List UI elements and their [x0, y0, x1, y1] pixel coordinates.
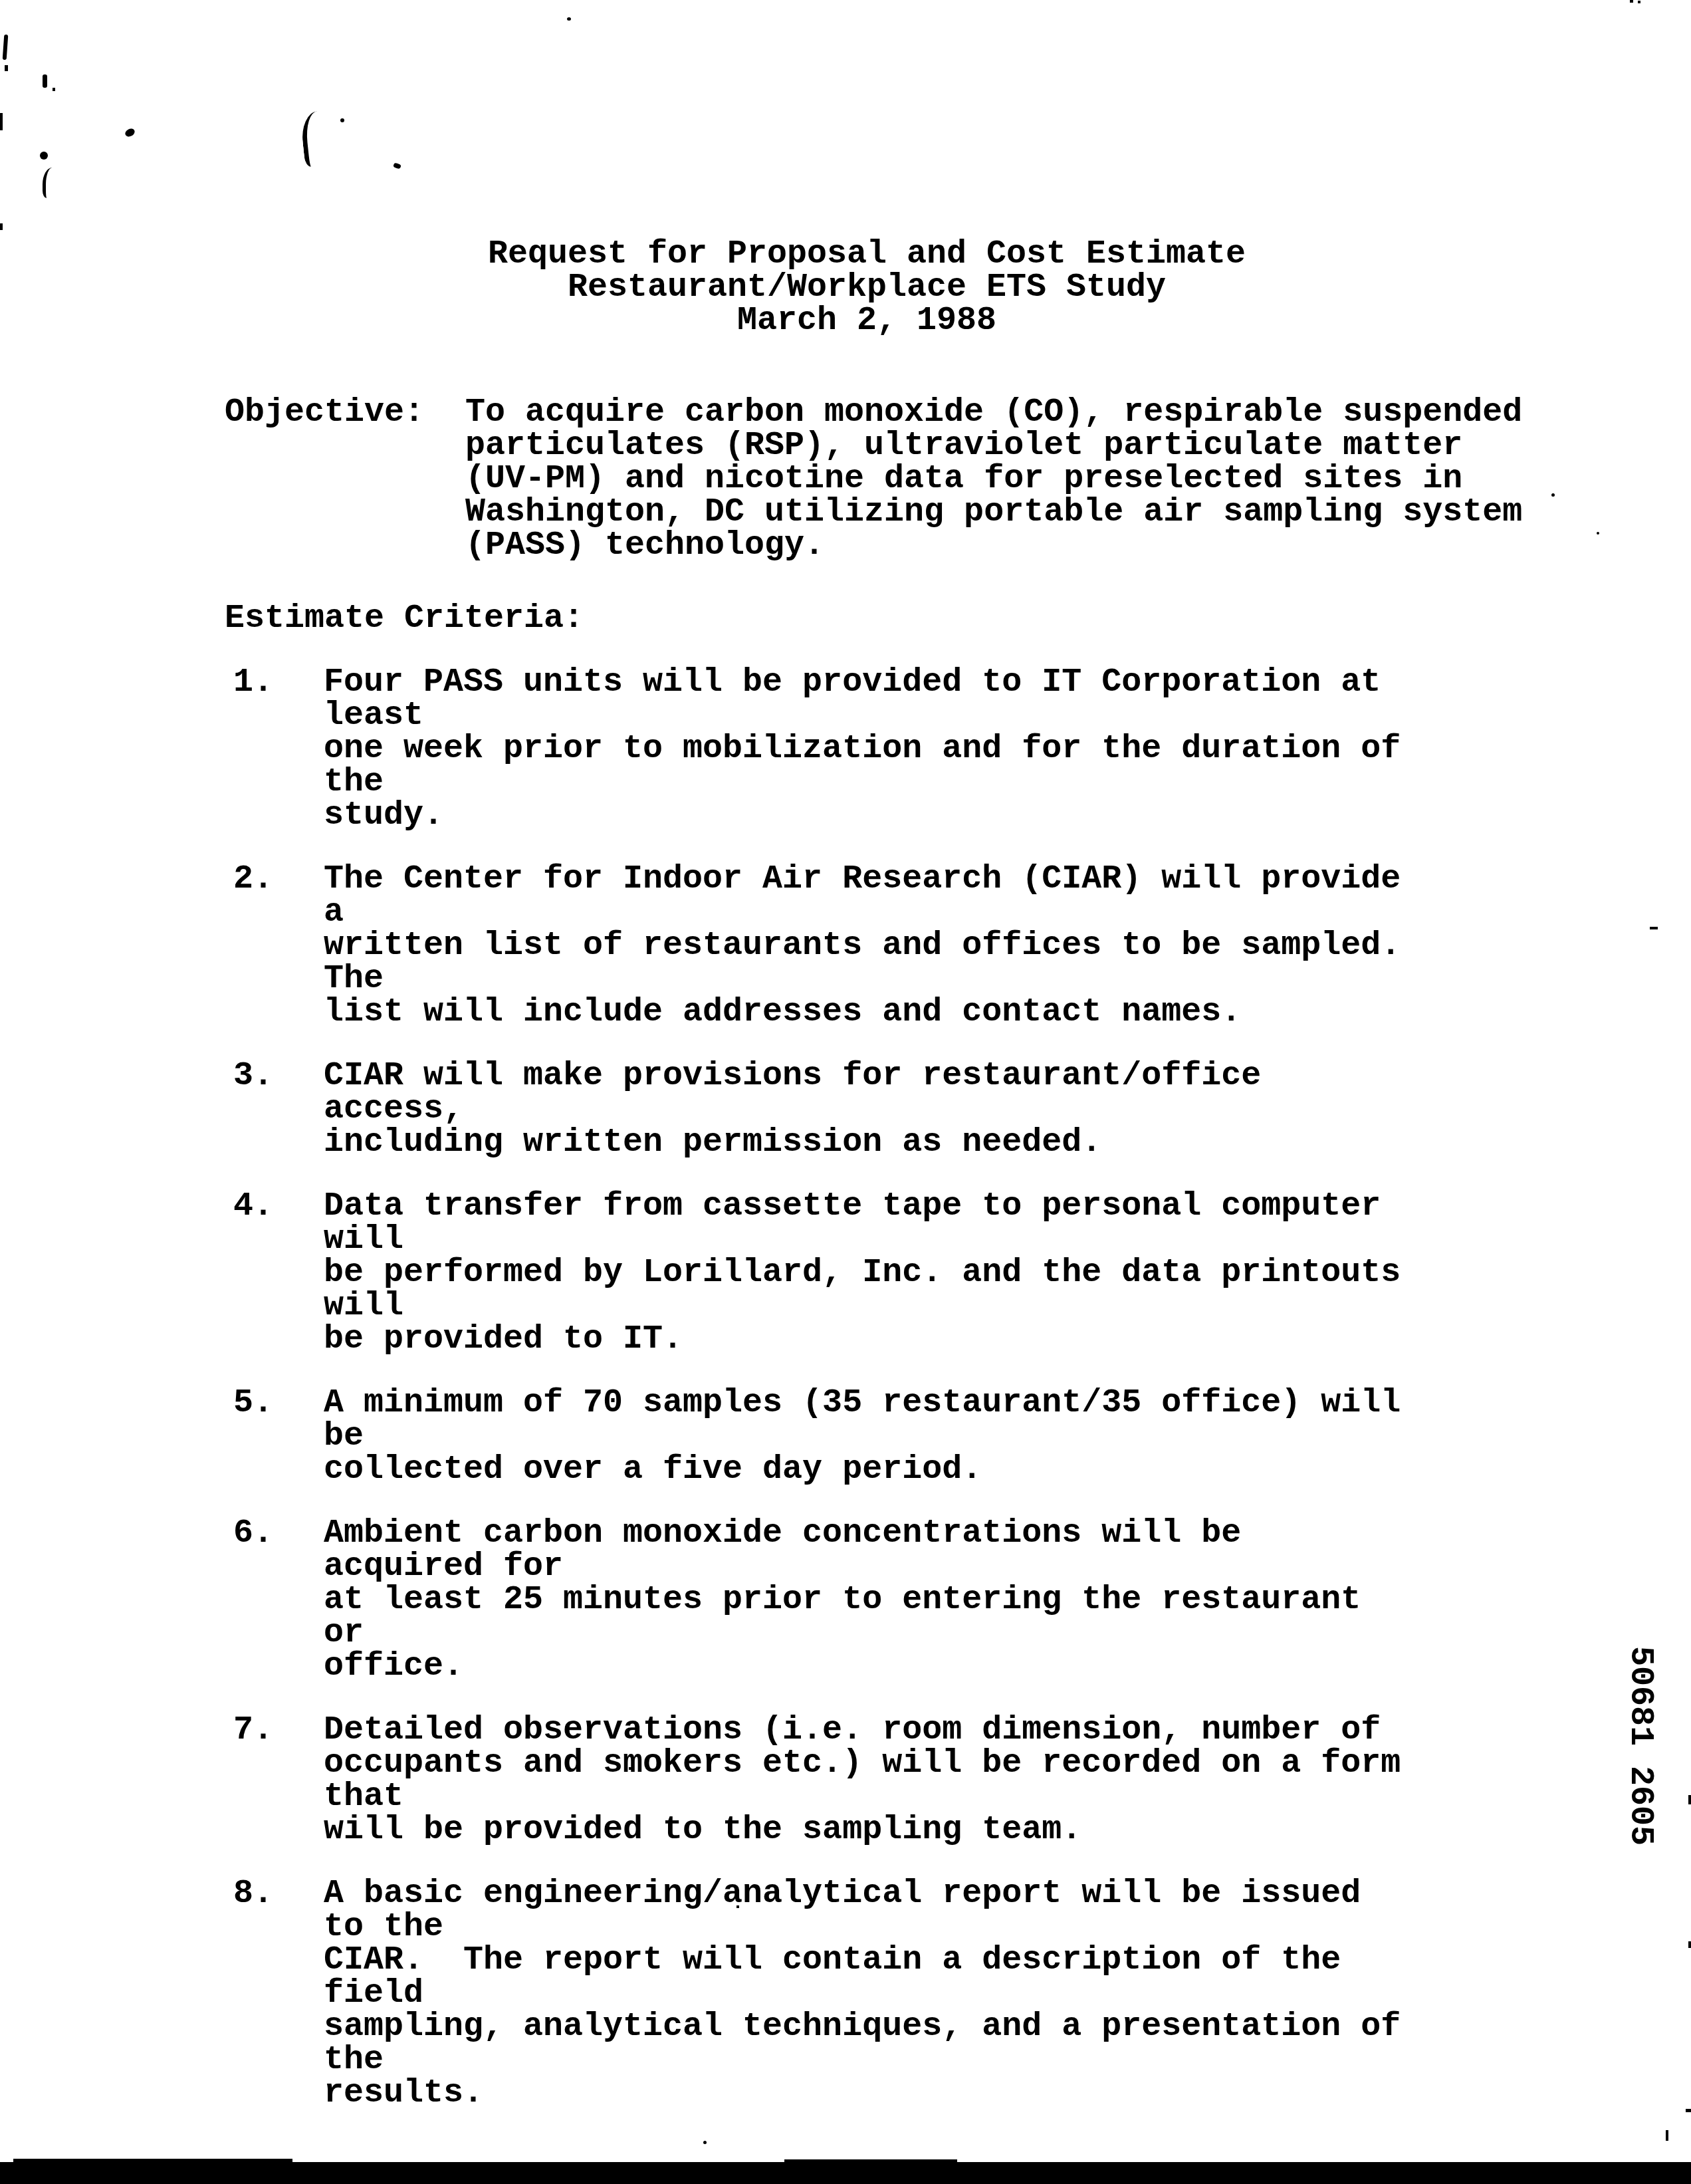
- criteria-item-3: 3. CIAR will make provisions for restaur…: [0, 1060, 1691, 1159]
- objective-label: Objective:: [225, 396, 465, 562]
- scan-artifact: [124, 127, 136, 138]
- criteria-item-2: 2. The Center for Indoor Air Research (C…: [0, 863, 1691, 1029]
- scan-artifact: [1630, 0, 1633, 3]
- scan-artifact: [0, 113, 3, 130]
- item-text: Four PASS units will be provided to IT C…: [324, 666, 1414, 832]
- scan-artifact: [567, 17, 571, 21]
- criteria-item-7: 7. Detailed observations (i.e. room dime…: [0, 1714, 1691, 1847]
- item-text: CIAR will make provisions for restaurant…: [324, 1060, 1414, 1159]
- document-content: Request for Proposal and Cost Estimate R…: [0, 238, 1691, 2110]
- scan-artifact: [1686, 2109, 1691, 2112]
- item-text: A minimum of 70 samples (35 restaurant/3…: [324, 1387, 1414, 1487]
- item-number: 7.: [233, 1714, 324, 1847]
- title-line-date: March 2, 1988: [43, 304, 1691, 338]
- scan-artifact: [1638, 1, 1640, 3]
- scanned-document-page: Request for Proposal and Cost Estimate R…: [0, 0, 1691, 2184]
- scan-artifact: [340, 118, 344, 122]
- item-number: 5.: [233, 1387, 324, 1487]
- item-text: A basic engineering/analytical report wi…: [324, 1878, 1414, 2110]
- document-title-block: Request for Proposal and Cost Estimate R…: [0, 238, 1691, 338]
- criteria-item-1: 1. Four PASS units will be provided to I…: [0, 666, 1691, 832]
- scan-artifact: [43, 74, 47, 88]
- item-text: Data transfer from cassette tape to pers…: [324, 1190, 1414, 1356]
- scan-artifact: [0, 223, 3, 230]
- item-number: 6.: [233, 1517, 324, 1683]
- scan-artifact: [3, 35, 9, 60]
- item-number: 8.: [233, 1878, 324, 2110]
- title-line-request: Request for Proposal and Cost Estimate: [43, 238, 1691, 271]
- criteria-item-8: 8. A basic engineering/analytical report…: [0, 1878, 1691, 2110]
- scan-artifact: [300, 110, 328, 167]
- scan-artifact: [43, 168, 56, 198]
- scan-artifact: [1597, 532, 1599, 535]
- item-text: Ambient carbon monoxide concentrations w…: [324, 1517, 1414, 1683]
- scan-artifact: [1666, 2130, 1668, 2141]
- criteria-item-4: 4. Data transfer from cassette tape to p…: [0, 1190, 1691, 1356]
- item-number: 1.: [233, 666, 324, 832]
- document-id-stamp: 50681 2605: [1623, 1646, 1656, 1846]
- item-text: Detailed observations (i.e. room dimensi…: [324, 1714, 1414, 1847]
- item-number: 3.: [233, 1060, 324, 1159]
- objective-text: To acquire carbon monoxide (CO), respira…: [465, 396, 1542, 562]
- scan-artifact: [393, 162, 401, 169]
- item-number: 2.: [233, 863, 324, 1029]
- scan-artifact: [5, 65, 8, 71]
- scan-artifact: [736, 1905, 739, 1908]
- scan-artifact: [40, 152, 48, 160]
- scan-artifact: [703, 2141, 707, 2144]
- scan-artifact: [53, 88, 55, 91]
- scan-artifact: [1688, 1795, 1691, 1804]
- scan-artifact: [1650, 927, 1658, 929]
- criteria-item-5: 5. A minimum of 70 samples (35 restauran…: [0, 1387, 1691, 1487]
- scan-artifact: [1688, 1941, 1691, 1948]
- title-line-study: Restaurant/Workplace ETS Study: [43, 271, 1691, 304]
- item-number: 4.: [233, 1190, 324, 1356]
- scan-artifact: [1551, 493, 1555, 497]
- criteria-item-6: 6. Ambient carbon monoxide concentration…: [0, 1517, 1691, 1683]
- scan-artifact: [629, 1767, 631, 1770]
- item-text: The Center for Indoor Air Research (CIAR…: [324, 863, 1414, 1029]
- objective-section: Objective: To acquire carbon monoxide (C…: [0, 396, 1691, 562]
- scan-bottom-band: [0, 2162, 1691, 2184]
- criteria-heading: Estimate Criteria:: [0, 602, 1691, 636]
